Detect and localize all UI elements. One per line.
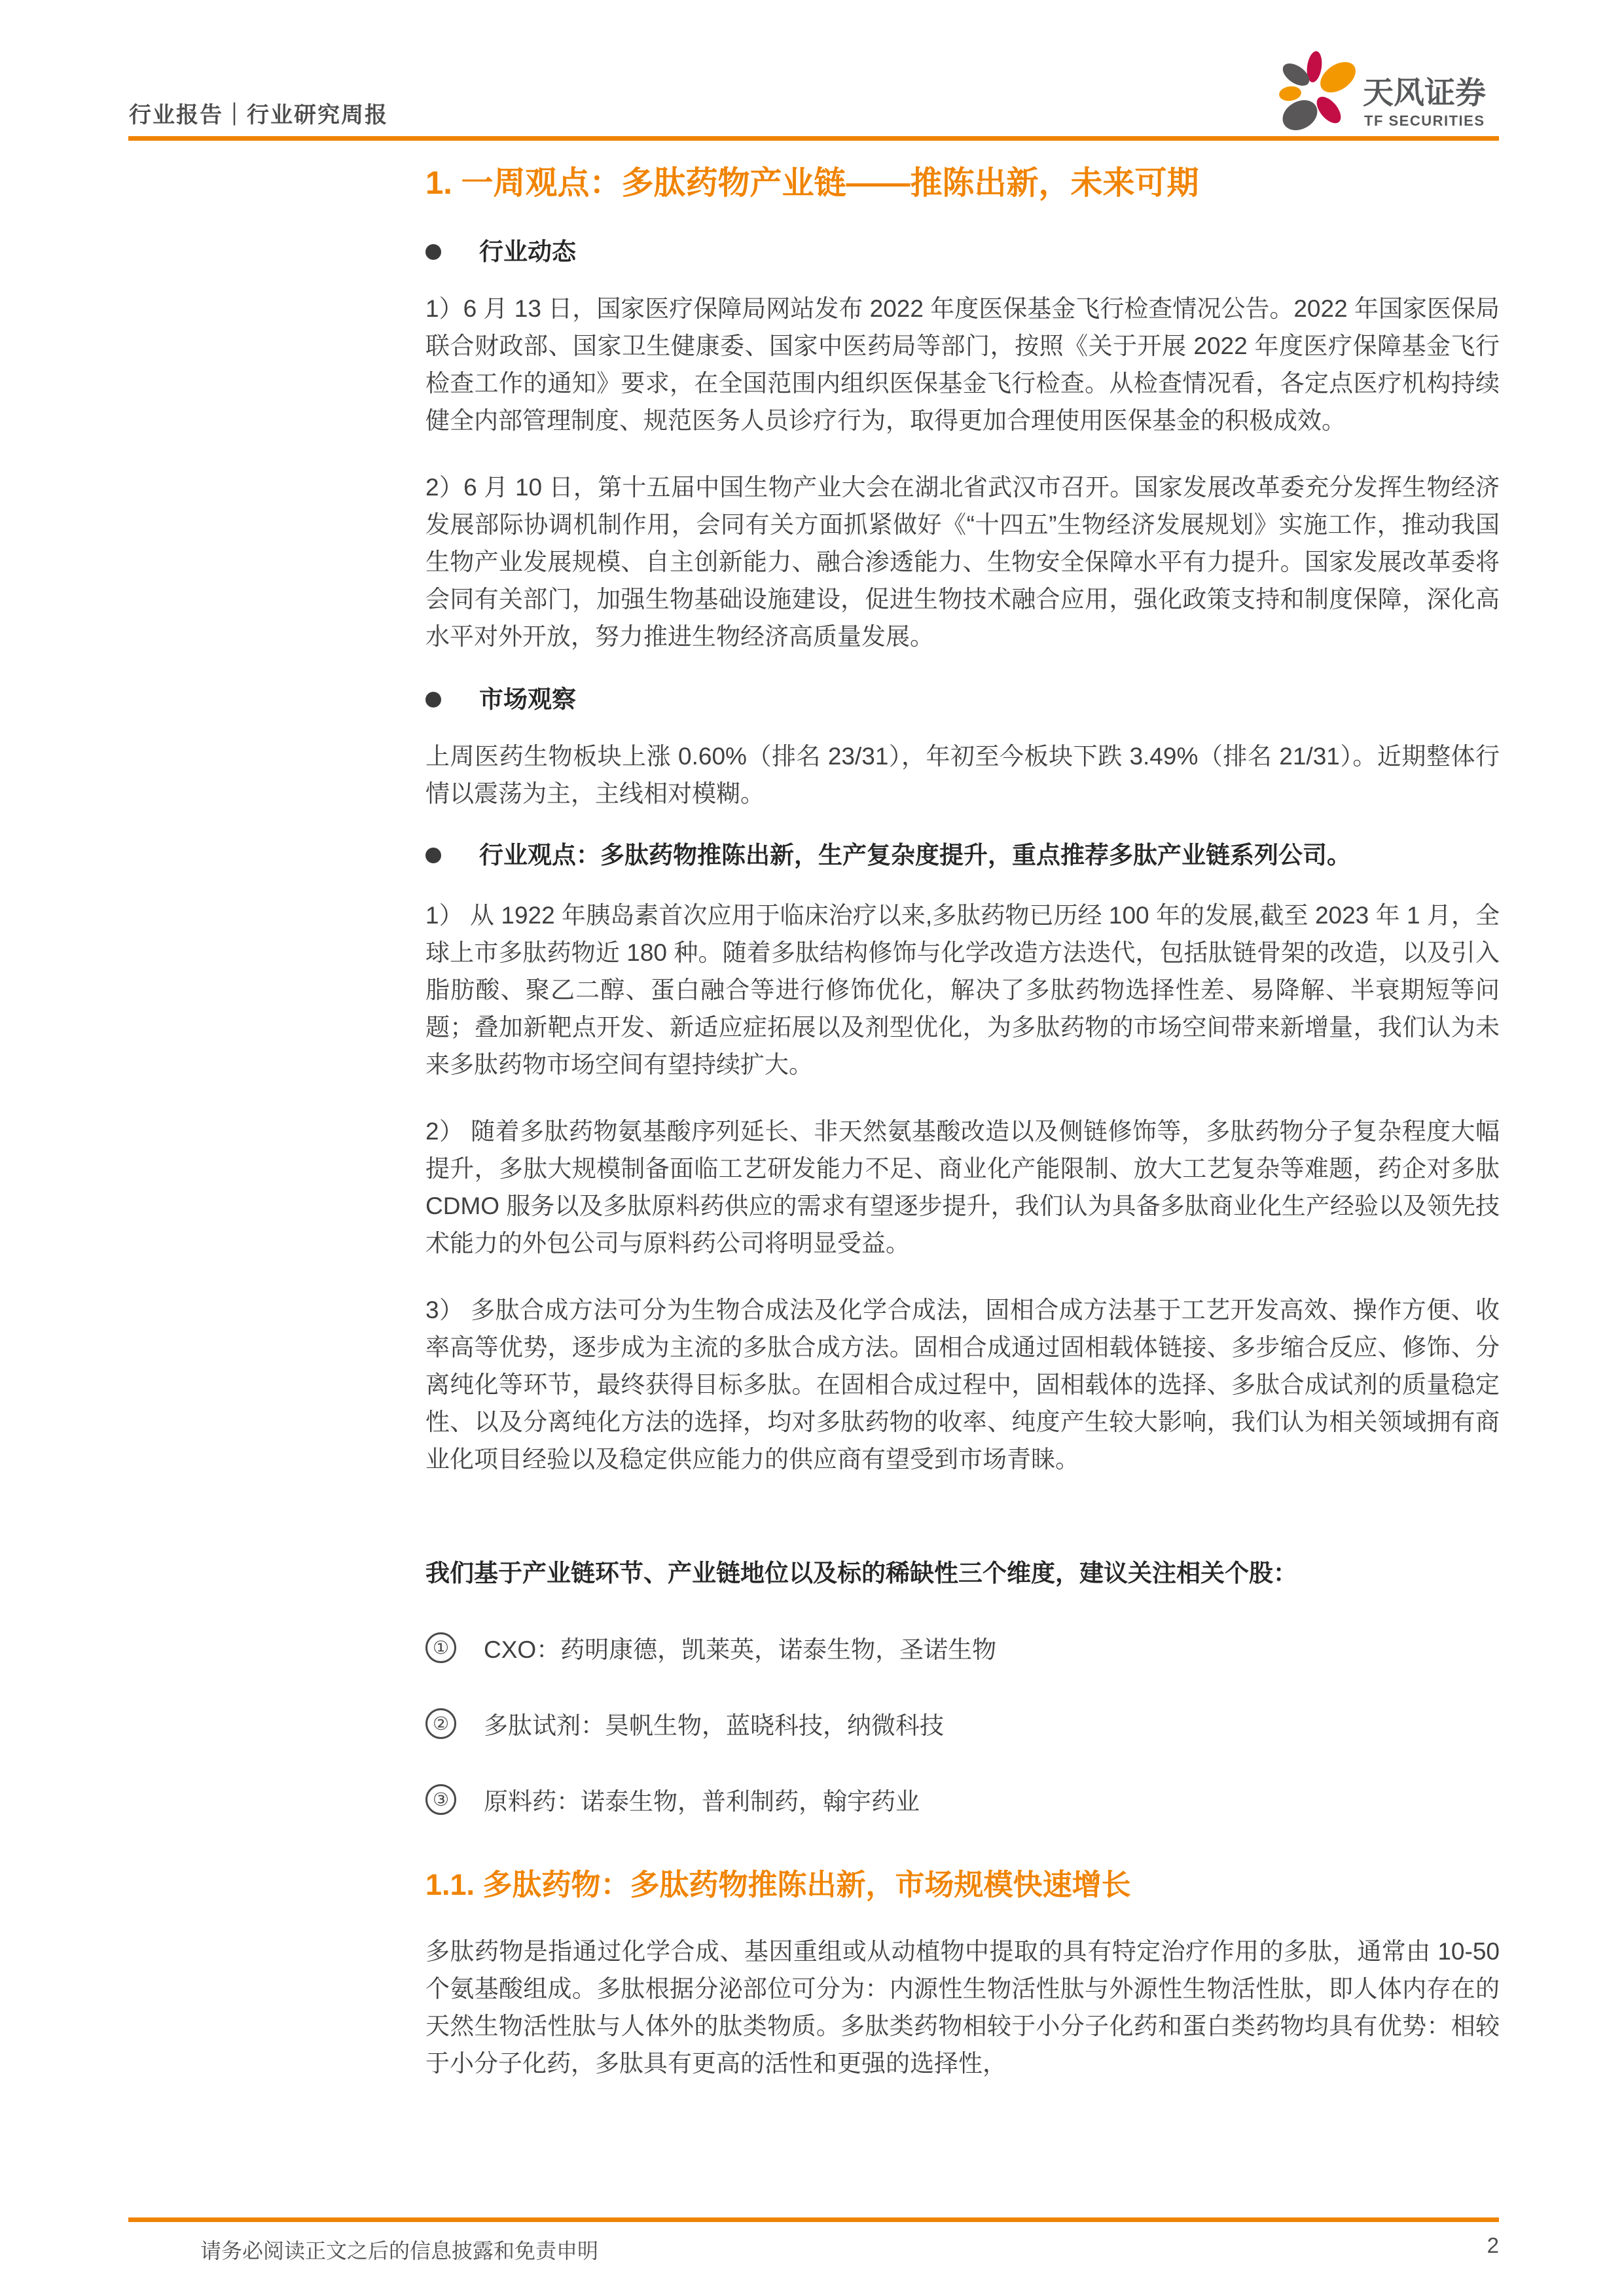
logo-flower-icon bbox=[1277, 50, 1361, 136]
list-item-text: 多肽试剂：昊帆生物，蓝晓科技，纳微科技 bbox=[484, 1706, 944, 1741]
bullet-industry-news: 行业动态 bbox=[425, 239, 1500, 265]
bullet-dot-icon bbox=[425, 848, 441, 863]
report-page: 行业报告｜行业研究周报 天风证券 TF SECURITIES 1. 一周观点：多… bbox=[0, 0, 1624, 2296]
paragraph: 2） 随着多肽药物氨基酸序列延长、非天然氨基酸改造以及侧链修饰等，多肽药物分子复… bbox=[425, 1113, 1500, 1262]
bullet-dot-icon bbox=[425, 692, 441, 708]
list-item-text: 原料药：诺泰生物，普利制药，翰宇药业 bbox=[484, 1782, 920, 1817]
brand-subtitle: TF SECURITIES bbox=[1364, 113, 1485, 129]
subsection-title: 1.1. 多肽药物：多肽药物推陈出新，市场规模快速增长 bbox=[425, 1867, 1500, 1903]
stocks-intro: 我们基于产业链环节、产业链地位以及标的稀缺性三个维度，建议关注相关个股： bbox=[425, 1558, 1500, 1589]
circled-number-icon: ② bbox=[425, 1708, 456, 1739]
list-item-text: CXO：药明康德，凯莱英，诺泰生物，圣诺生物 bbox=[484, 1630, 996, 1665]
footer-divider bbox=[128, 2217, 1499, 2222]
list-item: ② 多肽试剂：昊帆生物，蓝晓科技，纳微科技 bbox=[425, 1706, 1500, 1741]
circled-number-icon: ③ bbox=[425, 1784, 456, 1815]
section-title: 1. 一周观点：多肽药物产业链——推陈出新，未来可期 bbox=[425, 164, 1500, 203]
header-divider bbox=[128, 136, 1499, 141]
paragraph: 2）6 月 10 日，第十五届中国生物产业大会在湖北省武汉市召开。国家发展改革委… bbox=[425, 469, 1500, 655]
report-body: 1. 一周观点：多肽药物产业链——推陈出新，未来可期 行业动态 1）6 月 13… bbox=[425, 164, 1500, 2082]
bullet-dot-icon bbox=[425, 244, 441, 260]
bullet-industry-view: 行业观点：多肽药物推陈出新，生产复杂度提升，重点推荐多肽产业链系列公司。 bbox=[425, 842, 1500, 869]
paragraph: 多肽药物是指通过化学合成、基因重组或从动植物中提取的具有特定治疗作用的多肽，通常… bbox=[425, 1933, 1500, 2082]
list-item: ① CXO：药明康德，凯莱英，诺泰生物，圣诺生物 bbox=[425, 1630, 1500, 1665]
paragraph: 1） 从 1922 年胰岛素首次应用于临床治疗以来,多肽药物已历经 100 年的… bbox=[425, 897, 1500, 1083]
bullet-label: 市场观察 bbox=[479, 687, 576, 713]
tf-securities-logo-icon: 天风证券 TF SECURITIES bbox=[1272, 46, 1500, 139]
paragraph: 3） 多肽合成方法可分为生物合成法及化学合成法，固相合成方法基于工艺开发高效、操… bbox=[425, 1291, 1500, 1478]
paragraph: 上周医药生物板块上涨 0.60%（排名 23/31），年初至今板块下跌 3.49… bbox=[425, 738, 1500, 812]
brand-name: 天风证券 bbox=[1363, 75, 1486, 110]
bullet-market-watch: 市场观察 bbox=[425, 687, 1500, 713]
bullet-label: 行业动态 bbox=[479, 239, 576, 265]
list-item: ③ 原料药：诺泰生物，普利制药，翰宇药业 bbox=[425, 1782, 1500, 1817]
footer-disclaimer: 请务必阅读正文之后的信息披露和免责申明 bbox=[200, 2234, 598, 2265]
bullet-label: 行业观点：多肽药物推陈出新，生产复杂度提升，重点推荐多肽产业链系列公司。 bbox=[479, 842, 1351, 869]
circled-number-icon: ① bbox=[425, 1632, 456, 1663]
page-number: 2 bbox=[1460, 2233, 1499, 2258]
paragraph: 1）6 月 13 日，国家医疗保障局网站发布 2022 年度医保基金飞行检查情况… bbox=[425, 290, 1500, 439]
report-category-label: 行业报告｜行业研究周报 bbox=[129, 97, 388, 129]
